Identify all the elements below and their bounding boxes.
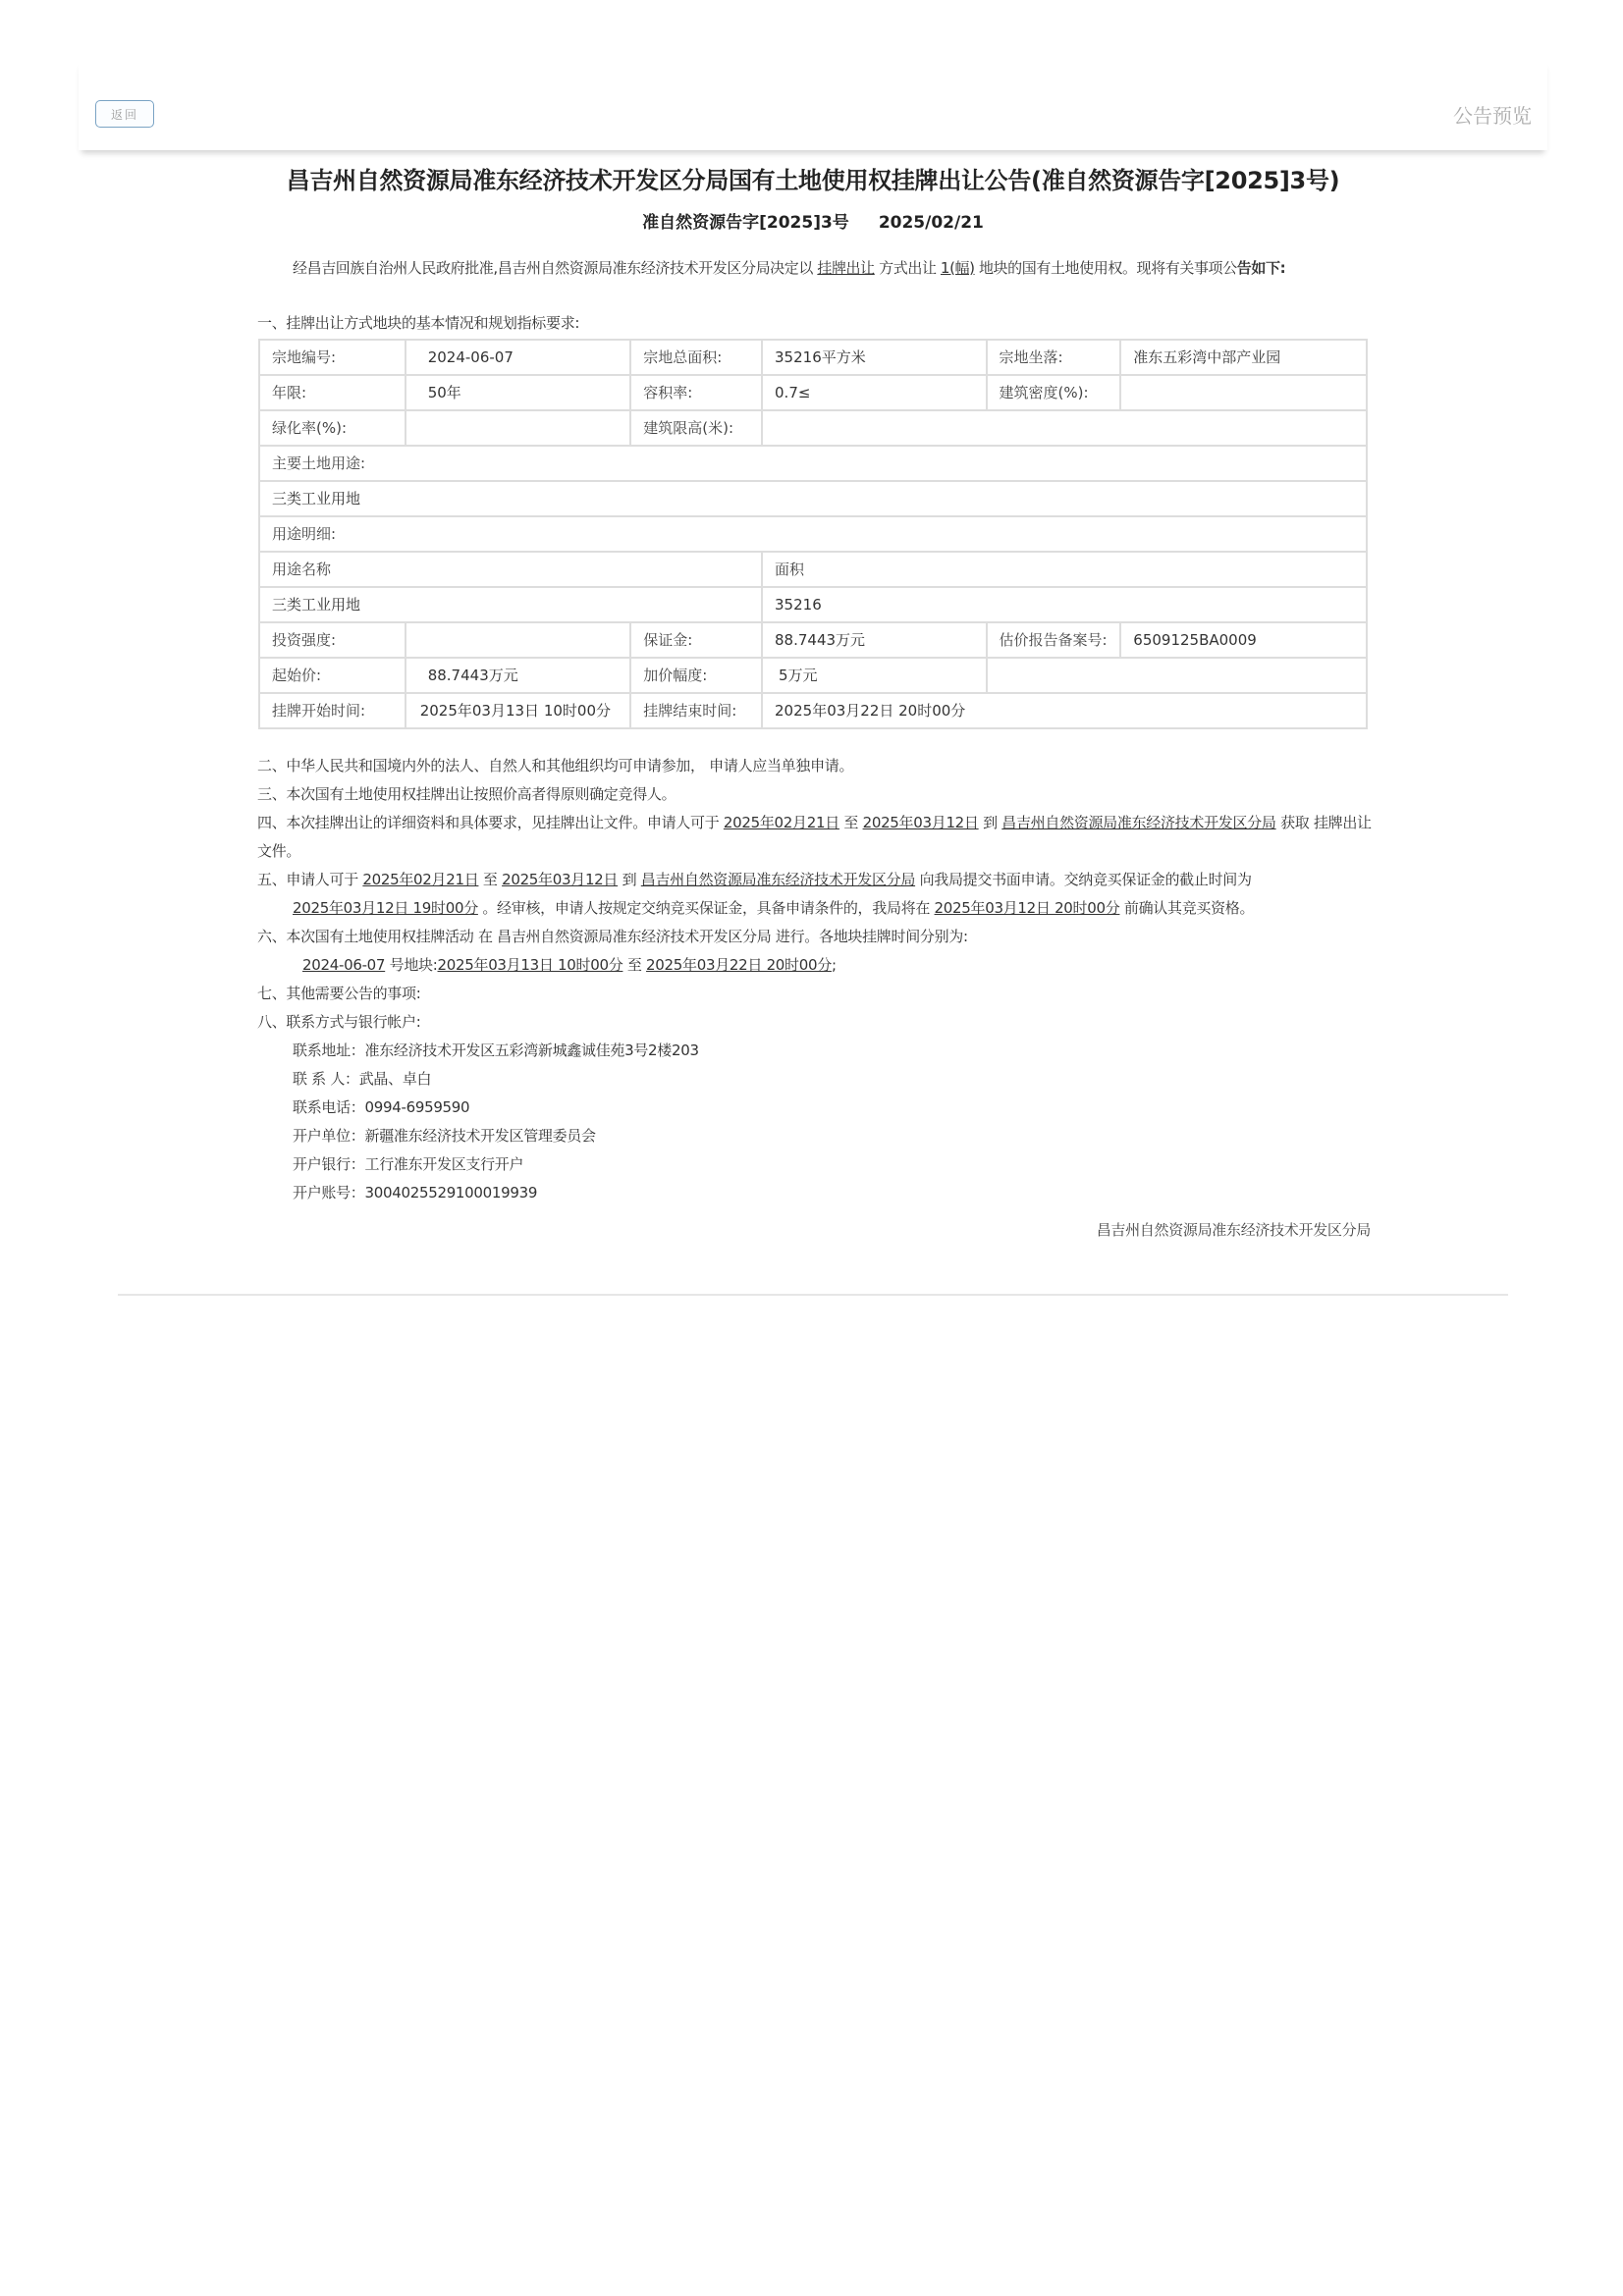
text: 前确认其竞买资格。 — [1124, 899, 1254, 917]
section-6: 六、本次国有土地使用权挂牌活动 在 昌吉州自然资源局准东经济技术开发区分局 进行… — [257, 923, 1377, 951]
increment-label: 加价幅度: — [630, 658, 762, 693]
account-bank: 开户银行：工行准东开发区支行开户 — [257, 1150, 1377, 1179]
text: 到 — [983, 814, 998, 831]
organization: 昌吉州自然资源局准东经济技术开发区分局 — [1001, 814, 1275, 831]
text: 五、申请人可于 — [257, 871, 358, 888]
text: 至 — [483, 871, 498, 888]
table-row: 起始价: 88.7443万元 加价幅度: 5万元 — [259, 658, 1367, 693]
text: 挂牌出让 — [1314, 814, 1372, 831]
date-to: 2025年03月12日 — [863, 814, 979, 831]
header-bar: 返回 公告预览 — [79, 59, 1547, 150]
use-detail-label: 用途明细: — [259, 516, 1367, 552]
section-3: 三、本次国有土地使用权挂牌出让按照价高者得原则确定竞得人。 — [257, 780, 1377, 809]
contact-address: 联系地址：准东经济技术开发区五彩湾新城鑫诚佳苑3号2楼203 — [257, 1037, 1377, 1065]
section-4: 四、本次挂牌出让的详细资料和具体要求，见挂牌出让文件。申请人可于 2025年02… — [257, 809, 1377, 866]
start-price-value: 88.7443万元 — [406, 658, 631, 693]
document-title: 昌吉州自然资源局准东经济技术开发区分局国有土地使用权挂牌出让公告(准自然资源告字… — [257, 161, 1369, 195]
announcement-body: 二、中华人民共和国境内外的法人、自然人和其他组织均可申请参加， 申请人应当单独申… — [257, 752, 1377, 1207]
invest-label: 投资强度: — [259, 622, 406, 658]
document-subtitle: 准自然资源告字[2025]3号2025/02/21 — [257, 208, 1369, 233]
main-use-value: 三类工业用地 — [259, 481, 1367, 516]
section-1-heading: 一、挂牌出让方式地块的基本情况和规划指标要求: — [257, 312, 579, 333]
height-value — [762, 410, 1367, 446]
table-row: 宗地编号: 2024-06-07 宗地总面积: 35216平方米 宗地坐落: 准… — [259, 340, 1367, 375]
date-from: 2025年02月21日 — [724, 814, 839, 831]
listing-from: 2025年03月13日 10时00分 — [438, 956, 623, 974]
text: ; — [832, 956, 837, 974]
deposit-value: 88.7443万元 — [762, 622, 987, 658]
location-label: 宗地坐落: — [987, 340, 1121, 375]
intro-text: 地块的国有土地使用权。现将有关事项公 — [979, 259, 1237, 277]
text: 向我局提交书面申请。交纳竞买保证金的截止时间为 — [920, 871, 1252, 888]
section-7: 七、其他需要公告的事项: — [257, 980, 1377, 1008]
parcel-no-value: 2024-06-07 — [406, 340, 631, 375]
text: 文件。 — [257, 842, 300, 860]
intro-paragraph: 经昌吉回族自治州人民政府批准,昌吉州自然资源局准东经济技术开发区分局决定以 挂牌… — [257, 253, 1377, 283]
text: 至 — [843, 814, 858, 831]
green-value — [406, 410, 631, 446]
table-row: 用途明细: — [259, 516, 1367, 552]
term-label: 年限: — [259, 375, 406, 410]
text: 至 — [627, 956, 642, 974]
document-date: 2025/02/21 — [879, 213, 984, 233]
density-value — [1120, 375, 1367, 410]
term-value: 50年 — [406, 375, 631, 410]
signature: 昌吉州自然资源局准东经济技术开发区分局 — [982, 1219, 1371, 1240]
far-value: 0.7≤ — [762, 375, 987, 410]
listing-to: 2025年03月22日 20时00分 — [646, 956, 832, 974]
table-row: 投资强度: 保证金: 88.7443万元 估价报告备案号: 6509125BA0… — [259, 622, 1367, 658]
date-from: 2025年02月21日 — [362, 871, 478, 888]
empty-cell — [987, 658, 1367, 693]
text: 号地块: — [390, 956, 438, 974]
deposit-label: 保证金: — [630, 622, 762, 658]
use-name-value: 三类工业用地 — [259, 587, 762, 622]
listing-end-value: 2025年03月22日 20时00分 — [762, 693, 1367, 728]
table-row: 绿化率(%): 建筑限高(米): — [259, 410, 1367, 446]
appraisal-label: 估价报告备案号: — [987, 622, 1121, 658]
use-name-header: 用途名称 — [259, 552, 762, 587]
parcel-no-label: 宗地编号: — [259, 340, 406, 375]
intro-text: 方式出让 — [879, 259, 936, 277]
account-number: 开户账号：3004025529100019939 — [257, 1179, 1377, 1207]
text: 获取 — [1280, 814, 1309, 831]
page-title: 公告预览 — [1453, 100, 1532, 129]
invest-value — [406, 622, 631, 658]
text: 到 — [622, 871, 637, 888]
use-area-header: 面积 — [762, 552, 1367, 587]
table-row: 挂牌开始时间: 2025年03月13日 10时00分 挂牌结束时间: 2025年… — [259, 693, 1367, 728]
use-area-value: 35216 — [762, 587, 1367, 622]
total-area-label: 宗地总面积: — [630, 340, 762, 375]
appraisal-value: 6509125BA0009 — [1120, 622, 1367, 658]
text: 四、本次挂牌出让的详细资料和具体要求，见挂牌出让文件。申请人可于 — [257, 814, 719, 831]
contact-person: 联 系 人：武晶、卓白 — [257, 1065, 1377, 1094]
deposit-deadline: 2025年03月12日 19时00分 — [293, 899, 478, 917]
text: 。经审核，申请人按规定交纳竞买保证金，具备申请条件的，我局将在 — [482, 899, 930, 917]
table-row: 三类工业用地 — [259, 481, 1367, 516]
intro-text: 经昌吉回族自治州人民政府批准,昌吉州自然资源局准东经济技术开发区分局决定以 — [293, 259, 813, 277]
far-label: 容积率: — [630, 375, 762, 410]
document-number: 准自然资源告字[2025]3号 — [642, 213, 849, 233]
divider — [118, 1294, 1508, 1296]
height-label: 建筑限高(米): — [630, 410, 762, 446]
section-5: 五、申请人可于 2025年02月21日 至 2025年03月12日 到 昌吉州自… — [257, 866, 1377, 923]
parcel-info-table: 宗地编号: 2024-06-07 宗地总面积: 35216平方米 宗地坐落: 准… — [258, 339, 1368, 729]
back-button[interactable]: 返回 — [95, 100, 154, 128]
transfer-method: 挂牌出让 — [817, 259, 874, 277]
table-row: 年限: 50年 容积率: 0.7≤ 建筑密度(%): — [259, 375, 1367, 410]
confirm-time: 2025年03月12日 20时00分 — [935, 899, 1120, 917]
section-6-schedule: 2024-06-07 号地块:2025年03月13日 10时00分 至 2025… — [257, 951, 1377, 980]
table-row: 三类工业用地 35216 — [259, 587, 1367, 622]
table-row: 用途名称 面积 — [259, 552, 1367, 587]
section-8: 八、联系方式与银行帐户: — [257, 1008, 1377, 1037]
date-to: 2025年03月12日 — [502, 871, 618, 888]
listing-end-label: 挂牌结束时间: — [630, 693, 762, 728]
intro-text: 告如下: — [1237, 259, 1285, 277]
section-2: 二、中华人民共和国境内外的法人、自然人和其他组织均可申请参加， 申请人应当单独申… — [257, 752, 1377, 780]
parcel-count: 1(幅) — [941, 259, 975, 277]
density-label: 建筑密度(%): — [987, 375, 1121, 410]
account-unit: 开户单位：新疆准东经济技术开发区管理委员会 — [257, 1122, 1377, 1150]
listing-start-value: 2025年03月13日 10时00分 — [406, 693, 631, 728]
main-use-label: 主要土地用途: — [259, 446, 1367, 481]
organization: 昌吉州自然资源局准东经济技术开发区分局 — [641, 871, 915, 888]
listing-start-label: 挂牌开始时间: — [259, 693, 406, 728]
table-row: 主要土地用途: — [259, 446, 1367, 481]
parcel-number: 2024-06-07 — [302, 956, 385, 974]
total-area-value: 35216平方米 — [762, 340, 987, 375]
start-price-label: 起始价: — [259, 658, 406, 693]
contact-phone: 联系电话：0994-6959590 — [257, 1094, 1377, 1122]
increment-value: 5万元 — [762, 658, 987, 693]
location-value: 准东五彩湾中部产业园 — [1120, 340, 1367, 375]
green-label: 绿化率(%): — [259, 410, 406, 446]
